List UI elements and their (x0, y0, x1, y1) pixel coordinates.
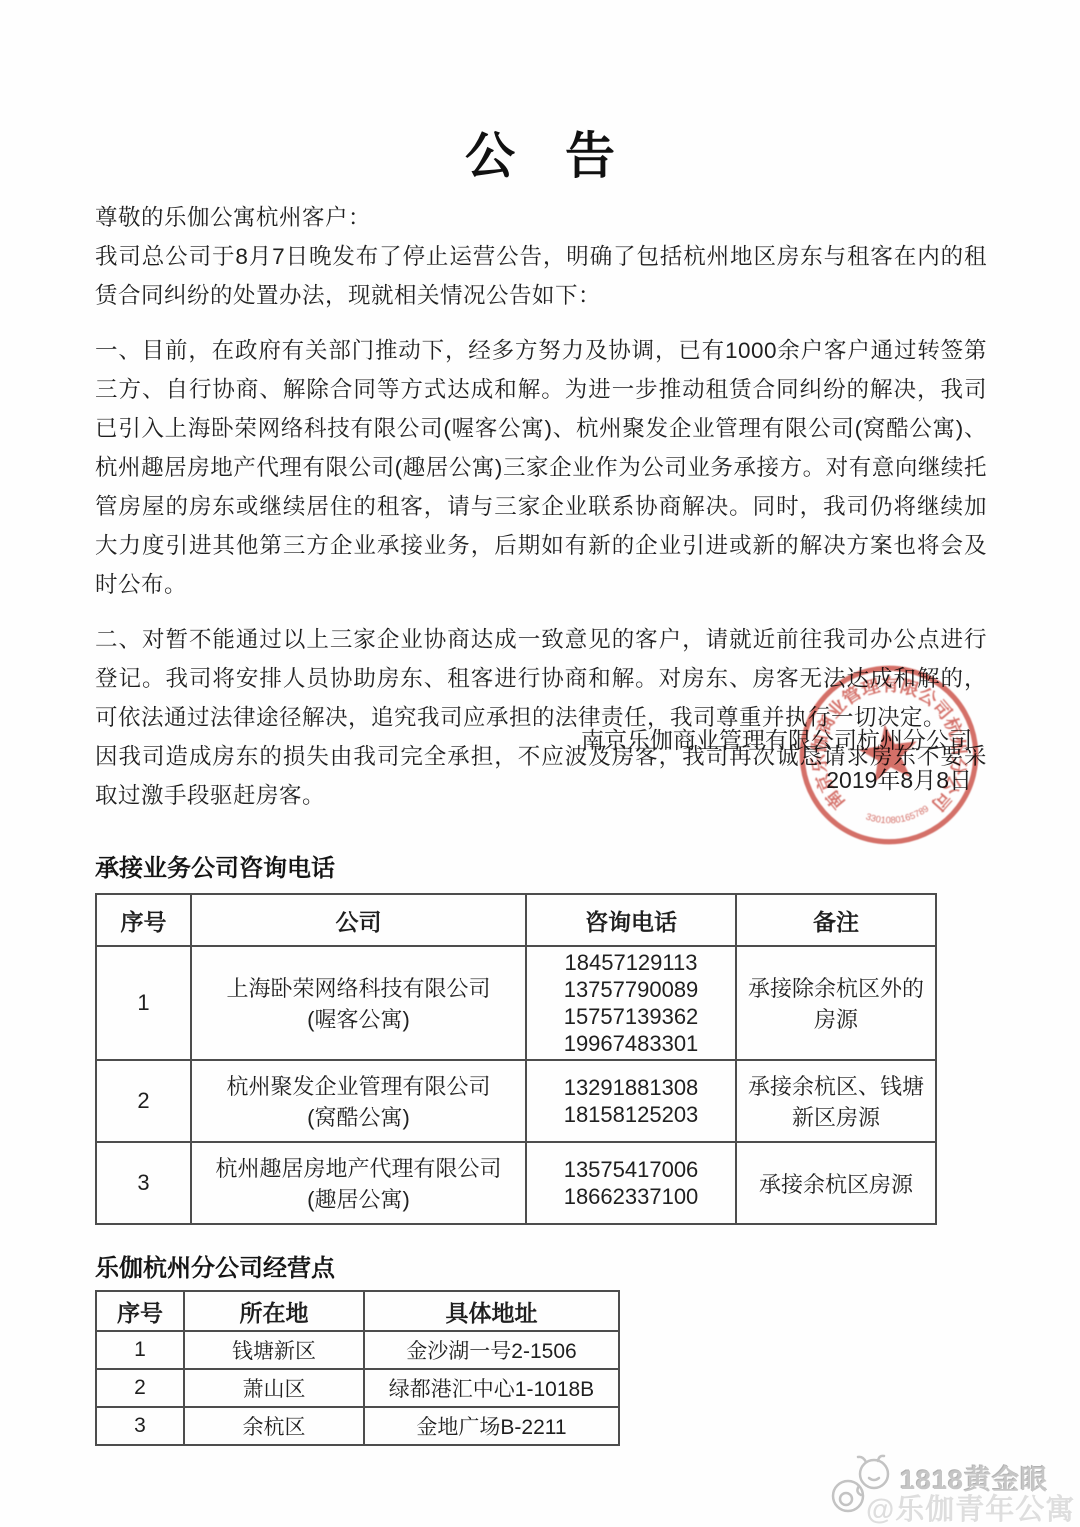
phone-number: 19967483301 (533, 1030, 729, 1057)
col-header-address: 具体地址 (364, 1291, 619, 1331)
office-table-header-row: 序号 所在地 具体地址 (96, 1291, 619, 1331)
seal-star-icon (856, 720, 922, 784)
row-no: 2 (96, 1369, 184, 1407)
col-header-company: 公司 (191, 894, 526, 946)
table-row: 1 钱塘新区 金沙湖一号2-1506 (96, 1331, 619, 1369)
phone-number: 13757790089 (533, 976, 729, 1003)
row-no: 1 (96, 946, 191, 1060)
col-header-no: 序号 (96, 1291, 184, 1331)
phone-number: 18457129113 (533, 949, 729, 976)
company-cell: 杭州聚发企业管理有限公司 (窝酷公寓) (191, 1060, 526, 1142)
phone-table: 序号 公司 咨询电话 备注 1 上海卧荣网络科技有限公司 (喔客公寓) 1845… (95, 893, 937, 1225)
greeting-line: 尊敬的乐伽公寓杭州客户： (95, 198, 987, 237)
paragraph-1: 一、目前，在政府有关部门推动下，经多方努力及协调，已有1000余户客户通过转签第… (95, 331, 987, 604)
note-cell: 承接除余杭区外的房源 (736, 946, 936, 1060)
page-title: 公 告 (0, 116, 1080, 188)
phone-cell: 18457129113 13757790089 15757139362 1996… (526, 946, 736, 1060)
intro-paragraph: 我司总公司于8月7日晚发布了停止运营公告，明确了包括杭州地区房东与租客在内的租赁… (95, 237, 987, 315)
watermark-account: @乐伽青年公寓 (866, 1487, 1075, 1527)
table-row: 3 余杭区 金地广场B-2211 (96, 1407, 619, 1445)
note-cell: 承接余杭区、钱塘新区房源 (736, 1060, 936, 1142)
row-no: 2 (96, 1060, 191, 1142)
company-name: 上海卧荣网络科技有限公司 (198, 972, 519, 1003)
col-header-note: 备注 (736, 894, 936, 946)
phone-cell: 13575417006 18662337100 (526, 1142, 736, 1224)
district-cell: 钱塘新区 (184, 1331, 364, 1369)
phone-number: 13291881308 (533, 1074, 729, 1101)
table-row: 2 杭州聚发企业管理有限公司 (窝酷公寓) 13291881308 181581… (96, 1060, 936, 1142)
svg-text:3301080165789: 3301080165789 (863, 803, 931, 829)
phone-number: 18158125203 (533, 1101, 729, 1128)
company-seal-stamp-icon: 南京乐伽商业管理有限公司杭州分公司 3301080165789 (794, 660, 984, 850)
phone-number: 13575417006 (533, 1156, 729, 1183)
company-brand: (窝酷公寓) (198, 1101, 519, 1132)
table-row: 2 萧山区 绿都港汇中心1-1018B (96, 1369, 619, 1407)
company-name: 杭州聚发企业管理有限公司 (198, 1070, 519, 1101)
phone-number: 15757139362 (533, 1003, 729, 1030)
col-header-district: 所在地 (184, 1291, 364, 1331)
seal-serial-number: 3301080165789 (863, 803, 931, 829)
table-row: 1 上海卧荣网络科技有限公司 (喔客公寓) 18457129113 137577… (96, 946, 936, 1060)
company-cell: 上海卧荣网络科技有限公司 (喔客公寓) (191, 946, 526, 1060)
table-row: 3 杭州趣居房地产代理有限公司 (趣居公寓) 13575417006 18662… (96, 1142, 936, 1224)
row-no: 1 (96, 1331, 184, 1369)
office-table: 序号 所在地 具体地址 1 钱塘新区 金沙湖一号2-1506 2 萧山区 绿都港… (95, 1290, 620, 1446)
row-no: 3 (96, 1407, 184, 1445)
notice-document: 公 告 尊敬的乐伽公寓杭州客户： 我司总公司于8月7日晚发布了停止运营公告，明确… (0, 0, 1080, 1527)
row-no: 3 (96, 1142, 191, 1224)
phone-table-header-row: 序号 公司 咨询电话 备注 (96, 894, 936, 946)
phone-table-heading: 承接业务公司咨询电话 (95, 848, 335, 883)
district-cell: 萧山区 (184, 1369, 364, 1407)
phone-number: 18662337100 (533, 1183, 729, 1210)
office-table-heading: 乐伽杭州分公司经营点 (95, 1248, 335, 1283)
district-cell: 余杭区 (184, 1407, 364, 1445)
company-cell: 杭州趣居房地产代理有限公司 (趣居公寓) (191, 1142, 526, 1224)
address-cell: 绿都港汇中心1-1018B (364, 1369, 619, 1407)
address-cell: 金地广场B-2211 (364, 1407, 619, 1445)
company-brand: (趣居公寓) (198, 1183, 519, 1214)
company-name: 杭州趣居房地产代理有限公司 (198, 1152, 519, 1183)
company-brand: (喔客公寓) (198, 1003, 519, 1034)
note-cell: 承接余杭区房源 (736, 1142, 936, 1224)
phone-cell: 13291881308 18158125203 (526, 1060, 736, 1142)
address-cell: 金沙湖一号2-1506 (364, 1331, 619, 1369)
col-header-phone: 咨询电话 (526, 894, 736, 946)
col-header-no: 序号 (96, 894, 191, 946)
